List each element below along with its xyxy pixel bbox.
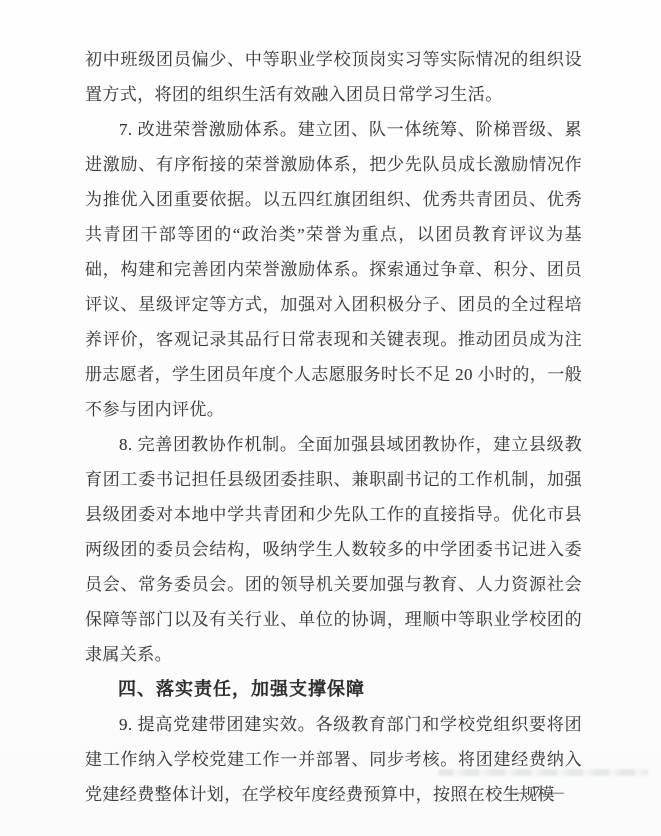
paragraph-continuation: 初中班级团员偏少、中等职业学校顶岗实习等实际情况的组织设置方式，将团的组织生活有… bbox=[85, 42, 582, 112]
item-7-title: 7. 改进荣誉激励体系。 bbox=[119, 120, 298, 139]
paragraph-text: 建立团、队一体统筹、阶梯晋级、累进激励、有序衔接的荣誉激励体系，把少先队员成长激… bbox=[85, 120, 582, 419]
document-page: 初中班级团员偏少、中等职业学校顶岗实习等实际情况的组织设置方式，将团的组织生活有… bbox=[0, 0, 661, 836]
item-9-title: 9. 提高党建带团建实效。 bbox=[119, 715, 316, 734]
page-number: — 7 — bbox=[508, 784, 566, 802]
scan-smudge-artifact bbox=[438, 769, 648, 776]
section-heading-4: 四、落实责任，加强支撑保障 bbox=[85, 672, 582, 707]
item-8-title: 8. 完善团教协作机制。 bbox=[119, 435, 298, 454]
paragraph-text: 全面加强县域团教协作，建立县级教育团工委书记担任县级团委挂职、兼职副书记的工作机… bbox=[85, 435, 582, 664]
paragraph-item-8: 8. 完善团教协作机制。全面加强县域团教协作，建立县级教育团工委书记担任县级团委… bbox=[85, 427, 582, 672]
paragraph-item-7: 7. 改进荣誉激励体系。建立团、队一体统筹、阶梯晋级、累进激励、有序衔接的荣誉激… bbox=[85, 112, 582, 427]
paragraph-text: 初中班级团员偏少、中等职业学校顶岗实习等实际情况的组织设置方式，将团的组织生活有… bbox=[85, 50, 582, 104]
document-body: 初中班级团员偏少、中等职业学校顶岗实习等实际情况的组织设置方式，将团的组织生活有… bbox=[85, 42, 582, 812]
